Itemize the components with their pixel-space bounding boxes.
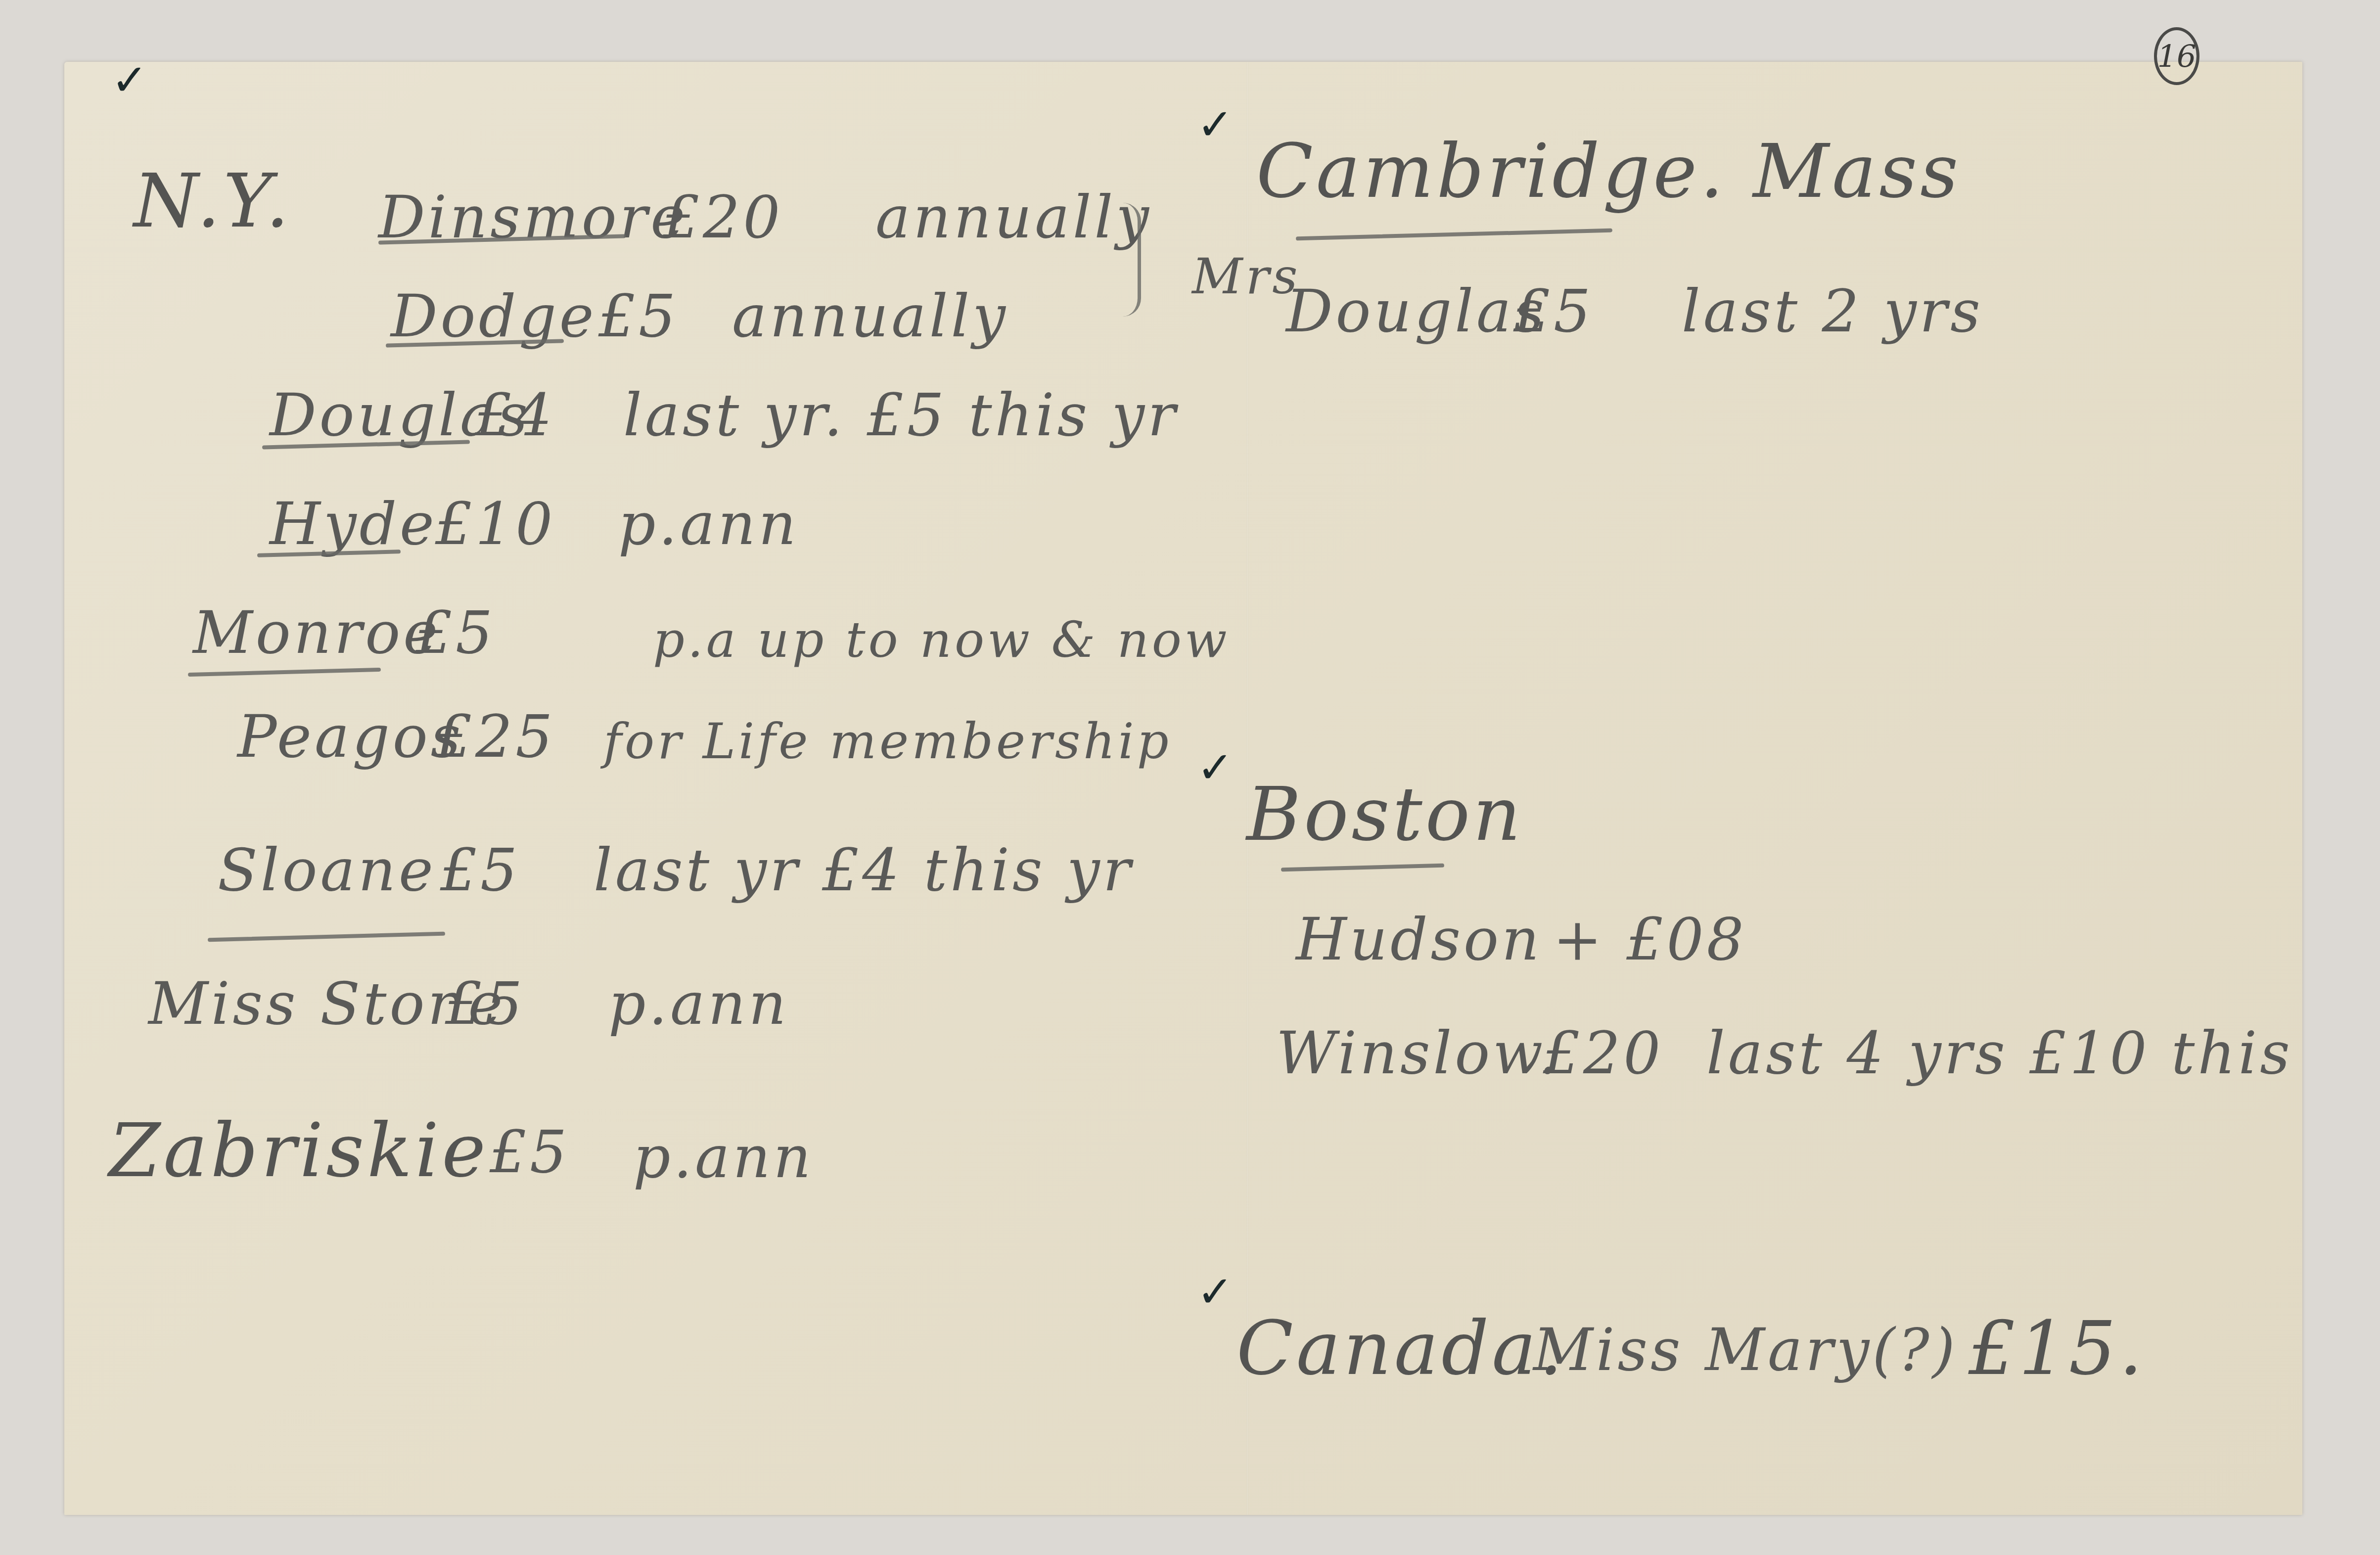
region-label-canada: Canada. (1236, 1306, 1565, 1392)
entry-note: for Life membership (603, 712, 1172, 770)
entry-name: Hyde (270, 490, 437, 558)
entry-amount: £5 (598, 282, 679, 350)
entry-amount: £10 (435, 490, 555, 558)
entry-note: last 2 yrs (1682, 277, 1983, 345)
check-mark-icon: ✓ (111, 54, 148, 105)
entry-amount: £5 (440, 836, 520, 904)
entry-note: p.ann (633, 1123, 814, 1191)
entry-note: last 4 yrs £10 this (1706, 1019, 2293, 1087)
page-number: 16 (2154, 27, 2199, 85)
check-mark-icon: ✓ (1197, 99, 1234, 150)
entry-amount: £5 (1513, 277, 1594, 345)
entry-name: Peagos (237, 702, 463, 771)
entry-name: Monroe (193, 598, 441, 667)
entry-prefix: Mrs (1192, 247, 1301, 305)
entry-note: annually (732, 282, 1008, 350)
entry-note: last yr. £5 this yr (623, 381, 1179, 449)
check-mark-icon: ✓ (1197, 742, 1234, 793)
entry-name: Winslow. (1276, 1019, 1560, 1087)
region-label-cambridge: Cambridge. Mass (1256, 129, 1961, 215)
bracket-mark (1123, 203, 1141, 317)
region-label-boston: Boston (1246, 772, 1524, 858)
entry-note: last yr £4 this yr (594, 836, 1134, 904)
entry-name: Zabriskie (109, 1108, 489, 1194)
entry-name: Douglas (1286, 277, 1547, 345)
entry-amount: £20 (663, 183, 783, 251)
entry-name: Dodge (391, 282, 597, 350)
entry-amount: £4 (475, 381, 555, 449)
entry-amount: £5 (490, 1118, 570, 1186)
entry-amount: £5 (415, 598, 496, 667)
entry-note: annually (875, 183, 1152, 251)
entry-amount: £20 (1543, 1019, 1663, 1087)
check-mark-icon: ✓ (1197, 1266, 1234, 1317)
entry-amount: + £08 (1553, 905, 1747, 973)
entry-amount: £25 (435, 702, 555, 771)
entry-amount: £5 (445, 969, 525, 1038)
entry-name: Miss Mary(?) (1533, 1316, 1958, 1384)
entry-name: Sloane (218, 836, 436, 904)
entry-amount: £15. (1968, 1306, 2146, 1392)
entry-name: Hudson (1296, 905, 1542, 973)
region-label-ny: N.Y. (134, 158, 292, 244)
entry-note: p.ann (618, 490, 799, 558)
entry-note: p.ann (608, 969, 789, 1038)
entry-note: p.a up to now & now (653, 611, 1230, 669)
